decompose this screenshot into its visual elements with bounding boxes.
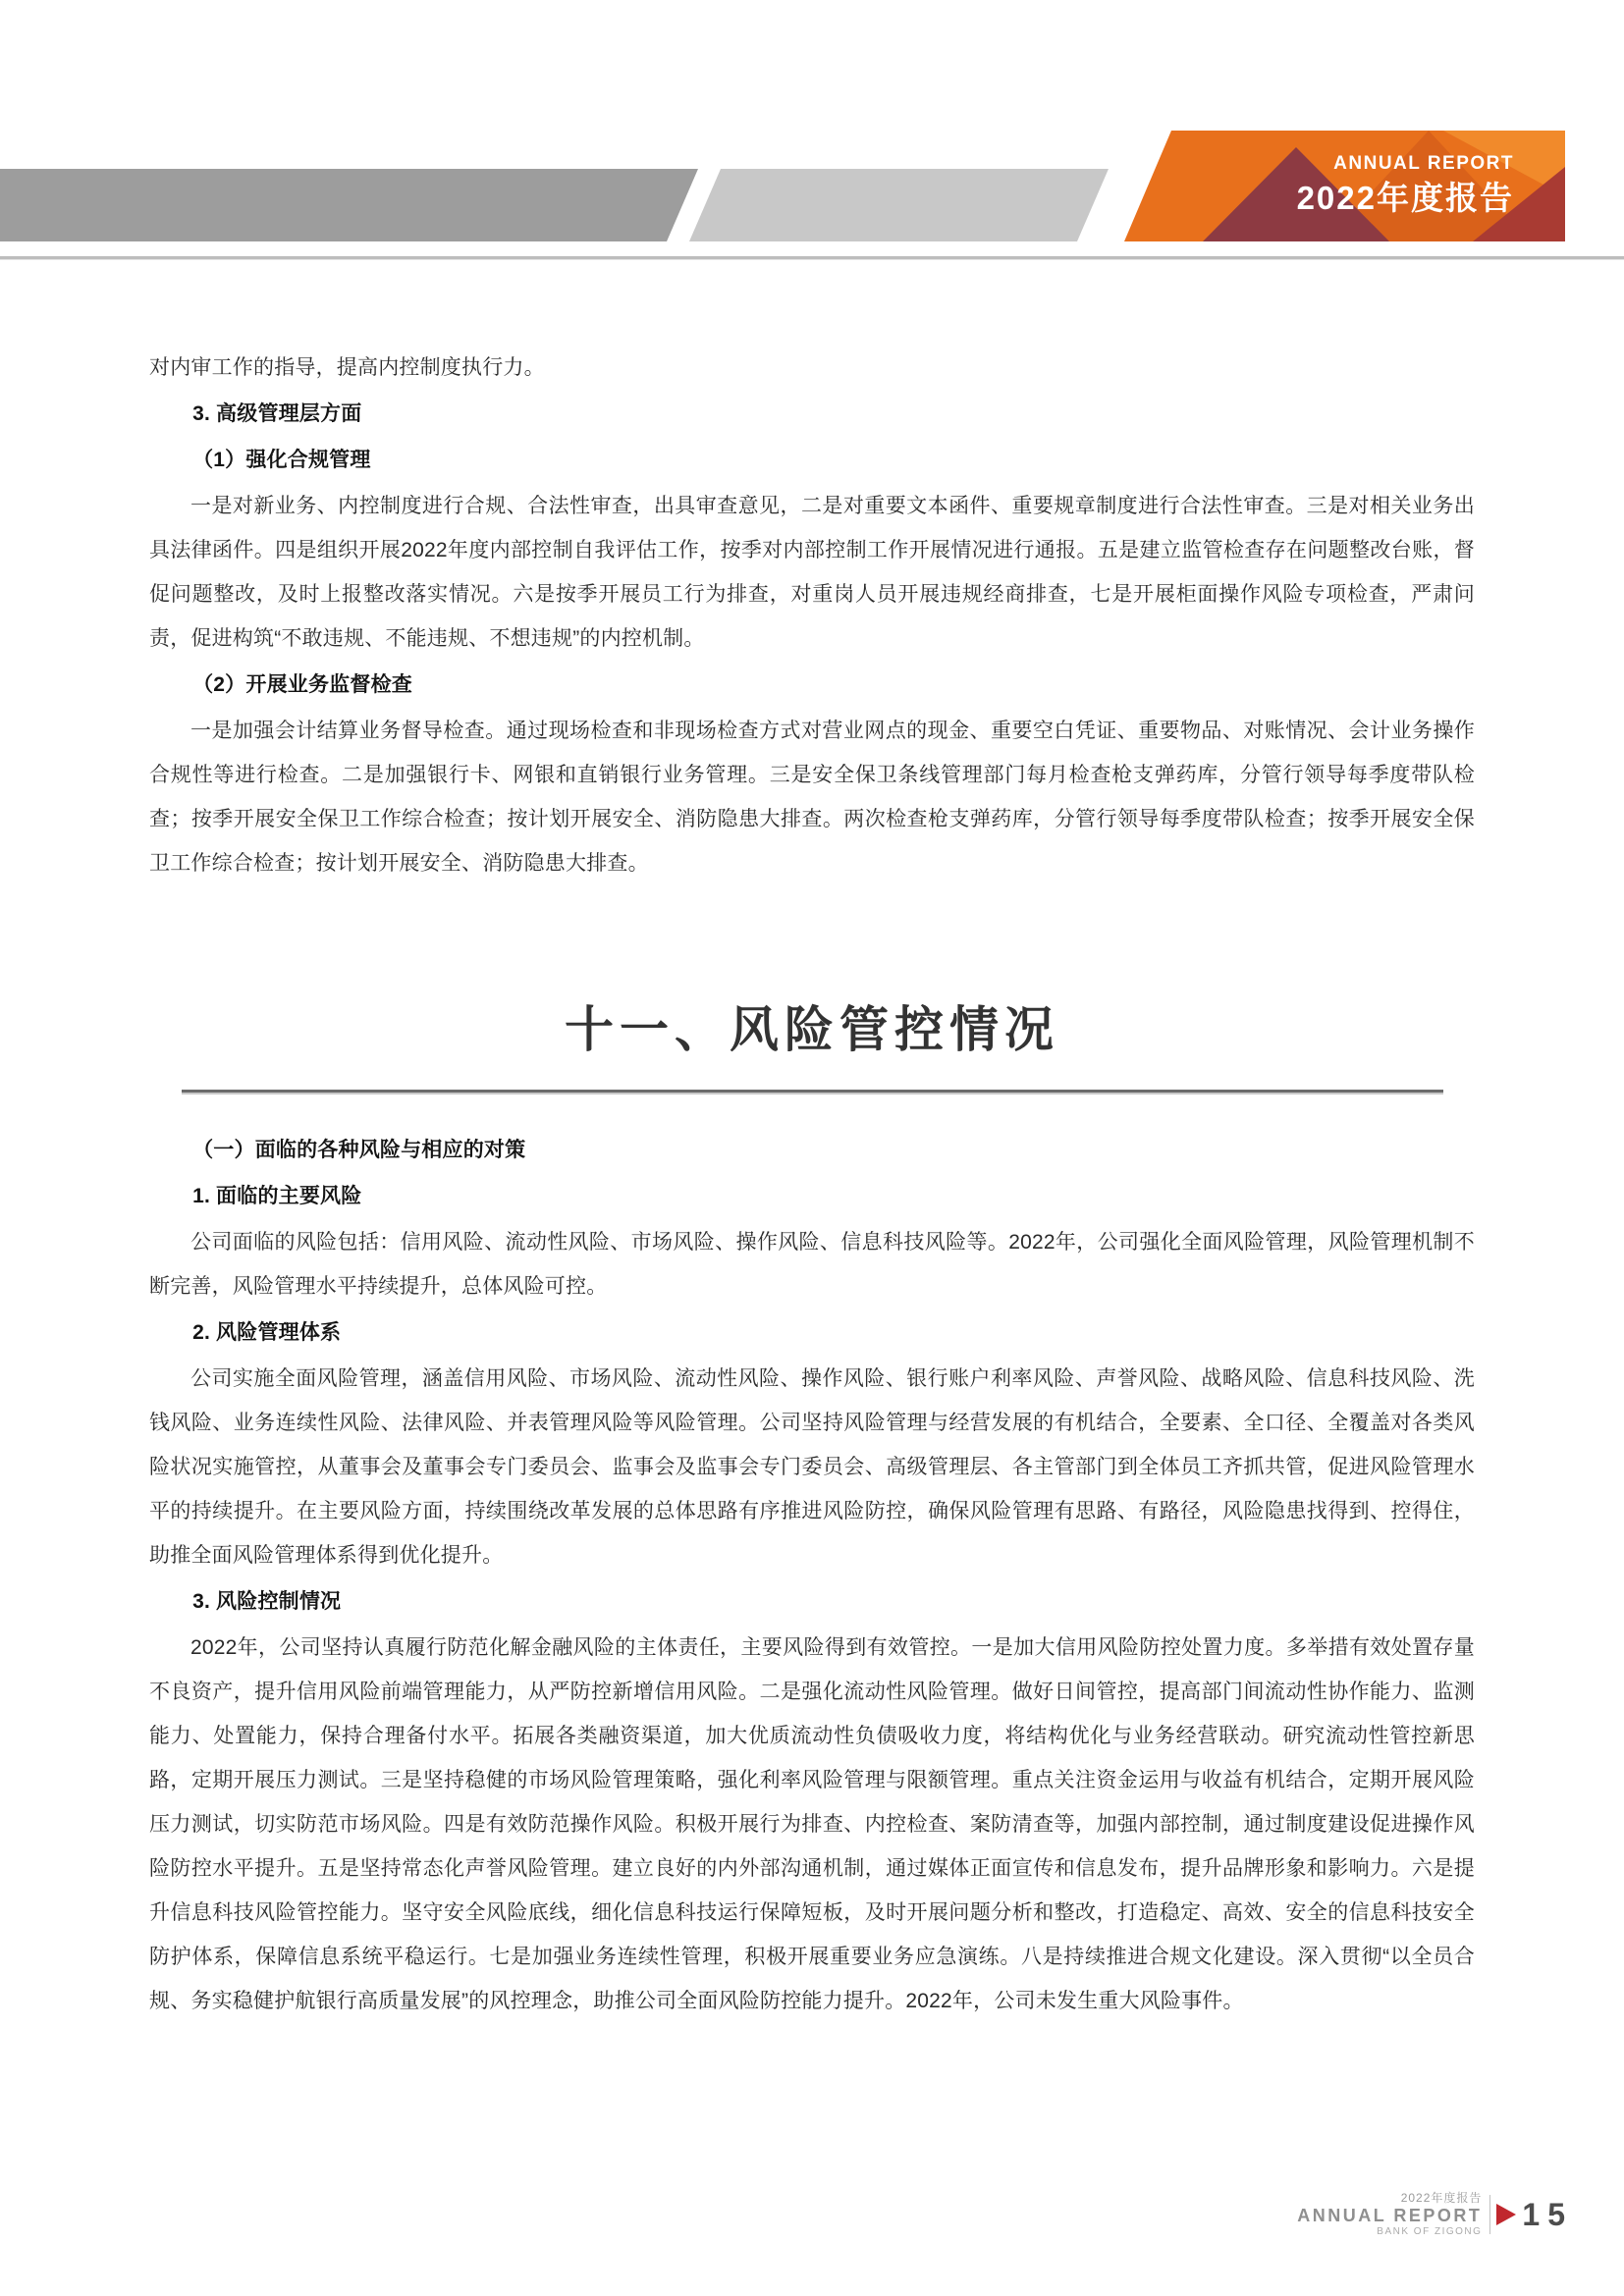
paragraph-supervision: 一是加强会计结算业务督导检查。通过现场检查和非现场检查方式对营业网点的现金、重要…: [149, 709, 1475, 885]
report-page: ANNUAL REPORT 2022年度报告 对内审工作的指导，提高内控制度执行…: [0, 0, 1624, 2296]
heading-risks-and-countermeasures: （一）面临的各种风险与相应的对策: [149, 1128, 1475, 1172]
paragraph-main-risks: 公司面临的风险包括：信用风险、流动性风险、市场风险、操作风险、信息科技风险等。2…: [149, 1220, 1475, 1308]
footer-text-block: 2022年度报告 ANNUAL REPORT BANK OF ZIGONG: [1297, 2191, 1482, 2238]
footer-divider-line: [1489, 2195, 1490, 2234]
chapter-title: 十一、风险管控情况: [149, 995, 1475, 1064]
footer-bank-name: BANK OF ZIGONG: [1377, 2226, 1482, 2238]
header-divider-rule: [0, 256, 1624, 260]
heading-risk-system: 2. 风险管理体系: [149, 1310, 1475, 1355]
paragraph-risk-control: 2022年，公司坚持认真履行防范化解金融风险的主体责任，主要风险得到有效管控。一…: [149, 1626, 1475, 2023]
heading-compliance: （1）强化合规管理: [149, 438, 1475, 482]
paragraph-compliance: 一是对新业务、内控制度进行合规、合法性审查，出具审查意见，二是对重要文本函件、重…: [149, 484, 1475, 661]
paragraph-intro: 对内审工作的指导，提高内控制度执行力。: [149, 346, 1475, 390]
footer-report-cn: 2022年度报告: [1401, 2191, 1483, 2205]
heading-risk-control: 3. 风险控制情况: [149, 1579, 1475, 1624]
footer-arrow-icon: [1496, 2204, 1516, 2225]
header-logo-text: ANNUAL REPORT 2022年度报告: [1129, 131, 1542, 240]
page-footer: 2022年度报告 ANNUAL REPORT BANK OF ZIGONG 15: [1297, 2191, 1573, 2238]
heading-main-risks: 1. 面临的主要风险: [149, 1174, 1475, 1218]
document-body: 对内审工作的指导，提高内控制度执行力。 3. 高级管理层方面 （1）强化合规管理…: [149, 346, 1475, 2023]
footer-page-number: 15: [1522, 2197, 1573, 2232]
header-annual-report-en: ANNUAL REPORT: [1333, 151, 1514, 177]
paragraph-risk-system: 公司实施全面风险管理，涵盖信用风险、市场风险、流动性风险、操作风险、银行账户利率…: [149, 1357, 1475, 1577]
heading-senior-management: 3. 高级管理层方面: [149, 392, 1475, 436]
chapter-title-rule: [182, 1090, 1443, 1095]
header-light-gray-bar: [689, 169, 1109, 241]
header-gray-bar: [0, 169, 698, 241]
header-annual-report-cn: 2022年度报告: [1297, 177, 1514, 220]
footer-report-en: ANNUAL REPORT: [1297, 2205, 1482, 2226]
heading-supervision: （2）开展业务监督检查: [149, 663, 1475, 707]
